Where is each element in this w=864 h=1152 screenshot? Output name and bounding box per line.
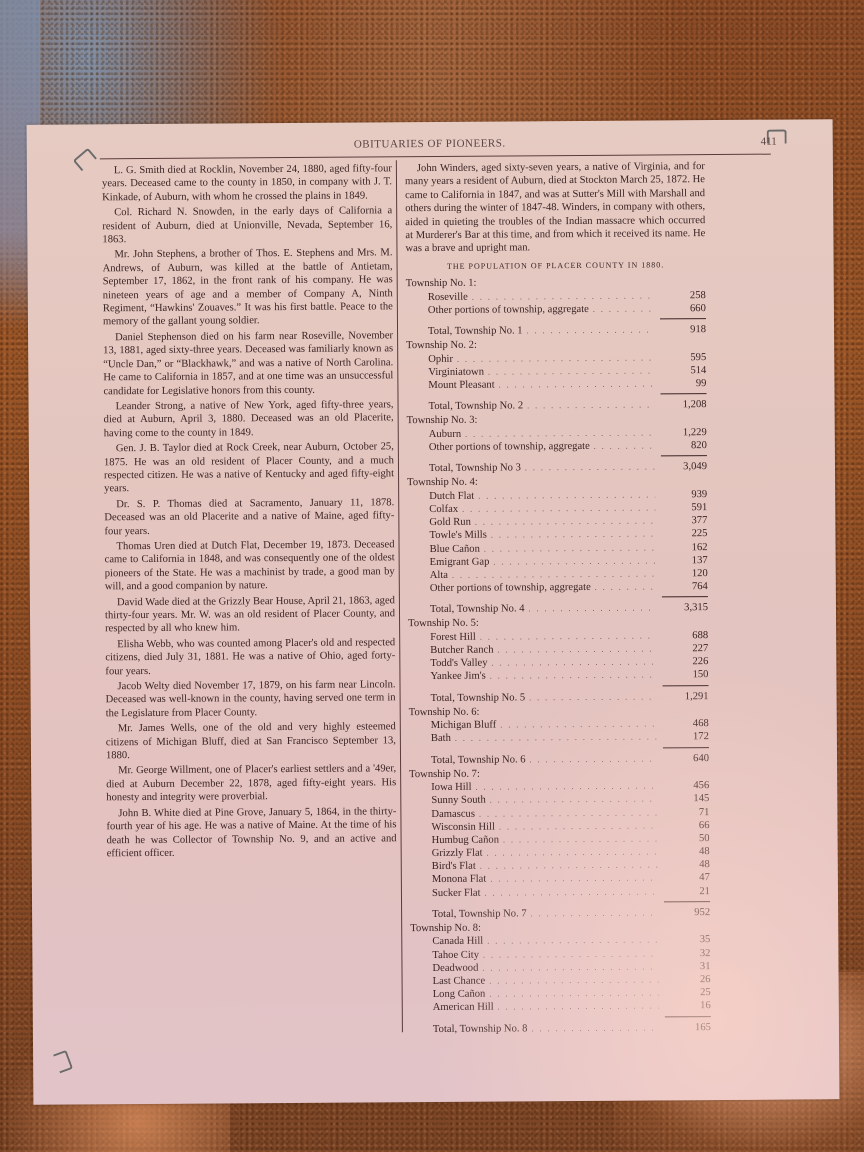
place-name: Auburn <box>429 428 461 442</box>
place-name: Last Chance <box>433 975 486 989</box>
population-row: Other portions of township, aggregate. .… <box>407 439 707 454</box>
obituary-paragraph: Daniel Stephenson died on his farm near … <box>103 329 393 398</box>
population-value: 48 <box>662 858 710 872</box>
population-value: 660 <box>658 302 706 316</box>
population-value: 172 <box>661 730 709 744</box>
population-value: 764 <box>660 580 708 594</box>
population-value: 1,291 <box>661 690 709 704</box>
place-name: Grizzly Flat <box>432 847 483 861</box>
population-value: 150 <box>660 668 708 682</box>
population-value: 1,229 <box>659 426 707 440</box>
obituary-paragraph: Mr. George Willment, one of Placer's ear… <box>106 763 396 805</box>
leader-dots: . . . . . . . . . . . . . . . . . . . . … <box>529 690 657 704</box>
population-value: 227 <box>660 642 708 656</box>
leader-dots: . . . . . . . . . . . . . . . . . . . . … <box>593 302 654 316</box>
place-name: Virginiatown <box>428 365 484 379</box>
obituary-paragraph: David Wade died at the Grizzly Bear Hous… <box>105 594 395 636</box>
population-value: 456 <box>661 779 709 793</box>
leader-dots: . . . . . . . . . . . . . . . . . . . . … <box>503 832 658 846</box>
place-name: Towle's Mills <box>429 529 486 543</box>
leader-dots: . . . . . . . . . . . . . . . . . . . . … <box>497 642 656 657</box>
township-total-row: Total, Township No. 4. . . . . . . . . .… <box>408 601 708 616</box>
place-name: Total, Township No. 4 <box>430 603 525 617</box>
leader-dots: . . . . . . . . . . . . . . . . . . . . … <box>594 439 655 453</box>
obituary-paragraph: L. G. Smith died at Rocklin, November 24… <box>102 162 392 204</box>
population-value: 952 <box>662 906 710 920</box>
population-value: 258 <box>658 289 706 303</box>
population-value: 595 <box>658 351 706 365</box>
township-total-row: Total, Township No. 2. . . . . . . . . .… <box>407 398 707 413</box>
population-value: 21 <box>662 885 710 899</box>
township-total-row: Total, Township No 3. . . . . . . . . . … <box>407 460 707 475</box>
population-value: 26 <box>663 973 711 987</box>
population-value: 226 <box>660 655 708 669</box>
obituary-paragraph: Jacob Welty died November 17, 1879, on h… <box>105 678 395 720</box>
population-value: 50 <box>662 832 710 846</box>
population-value: 468 <box>661 717 709 731</box>
obituary-paragraph: Elisha Webb, who was counted among Place… <box>105 636 395 678</box>
page-number: 411 <box>761 136 777 148</box>
sum-rule <box>665 1016 711 1017</box>
staple-icon <box>53 1050 73 1074</box>
place-name: Total, Township No 3 <box>429 462 521 476</box>
population-value: 162 <box>660 541 708 555</box>
population-value: 688 <box>660 629 708 643</box>
place-name: Other portions of township, aggregate <box>429 440 590 455</box>
leader-dots: . . . . . . . . . . . . . . . . . . . . … <box>490 669 657 684</box>
obituary-paragraph: John B. White died at Pine Grove, Januar… <box>106 805 396 861</box>
place-name: Forest Hill <box>430 631 476 645</box>
population-value: 47 <box>662 872 710 886</box>
place-name: Wisconsin Hill <box>431 820 495 834</box>
obituary-paragraph: Col. Richard N. Snowden, in the early da… <box>102 204 392 246</box>
leader-dots: . . . . . . . . . . . . . . . . . . . . … <box>531 1021 659 1035</box>
place-name: Canada Hill <box>432 935 483 949</box>
place-name: Total, Township No. 7 <box>432 907 527 921</box>
header-rule <box>100 154 771 160</box>
population-value: 820 <box>659 439 707 453</box>
sum-rule <box>662 596 708 597</box>
township-total-row: Total, Township No. 5. . . . . . . . . .… <box>409 690 709 705</box>
township-total-row: Total, Township No. 8. . . . . . . . . .… <box>411 1021 711 1036</box>
place-name: American Hill <box>433 1001 494 1015</box>
population-value: 377 <box>659 514 707 528</box>
place-name: Bath <box>431 732 451 746</box>
place-name: Total, Township No. 5 <box>431 691 526 705</box>
place-name: Sunny South <box>431 794 486 808</box>
document-page: OBITUARIES OF PIONEERS. 411 L. G. Smith … <box>27 119 840 1105</box>
population-row: Other portions of township, aggregate. .… <box>406 302 706 317</box>
place-name: Total, Township No. 6 <box>431 753 526 767</box>
obituary-paragraph: Thomas Uren died at Dutch Flat, December… <box>104 538 394 594</box>
place-name: Iowa Hill <box>431 781 471 795</box>
place-name: Colfax <box>429 503 458 517</box>
leader-dots: . . . . . . . . . . . . . . . . . . . . … <box>499 377 655 391</box>
sum-rule <box>663 747 709 748</box>
place-name: Total, Township No. 8 <box>433 1022 528 1036</box>
population-row: Bath. . . . . . . . . . . . . . . . . . … <box>409 730 709 745</box>
population-value: 1,208 <box>659 398 707 412</box>
population-row: Sucker Flat. . . . . . . . . . . . . . .… <box>410 885 710 900</box>
leader-dots: . . . . . . . . . . . . . . . . . . . . … <box>527 323 655 337</box>
place-name: Michigan Bluff <box>431 719 497 733</box>
population-value: 3,049 <box>659 460 707 474</box>
place-name: Yankee Jim's <box>430 670 485 684</box>
place-name: Humbug Cañon <box>432 833 499 847</box>
township-total-row: Total, Township No. 1. . . . . . . . . .… <box>406 323 706 338</box>
place-name: Damascus <box>431 807 475 821</box>
place-name: Other portions of township, aggregate <box>428 303 589 318</box>
population-value: 165 <box>663 1021 711 1035</box>
sum-rule <box>660 393 706 394</box>
obituary-paragraph: Gen. J. B. Taylor died at Rock Creek, ne… <box>104 440 394 496</box>
place-name: Total, Township No. 2 <box>429 400 524 414</box>
population-value: 71 <box>661 806 709 820</box>
place-name: Other portions of township, aggregate <box>430 581 591 596</box>
population-value: 66 <box>661 819 709 833</box>
place-name: Sucker Flat <box>432 886 481 900</box>
leader-dots: . . . . . . . . . . . . . . . . . . . . … <box>595 581 656 595</box>
population-value: 145 <box>661 792 709 806</box>
township-total-row: Total, Township No. 7. . . . . . . . . .… <box>410 906 710 921</box>
leader-dots: . . . . . . . . . . . . . . . . . . . . … <box>484 885 658 900</box>
population-value: 16 <box>663 999 711 1013</box>
column-divider <box>396 160 403 1032</box>
place-name: Long Cañon <box>433 988 486 1002</box>
running-head: OBITUARIES OF PIONEERS. <box>27 135 833 153</box>
leader-dots: . . . . . . . . . . . . . . . . . . . . … <box>531 906 659 920</box>
population-row: American Hill. . . . . . . . . . . . . .… <box>411 999 711 1014</box>
place-name: Emigrant Gap <box>430 555 490 569</box>
place-name: Mount Pleasant <box>428 379 494 393</box>
sum-rule <box>661 455 707 456</box>
population-value: 640 <box>661 752 709 766</box>
population-value: 25 <box>663 986 711 1000</box>
population-table: Township No. 1:Roseville. . . . . . . . … <box>406 275 711 1036</box>
population-value: 3,315 <box>660 601 708 615</box>
obituary-paragraph: John Winders, aged sixty-seven years, a … <box>405 160 706 256</box>
population-value: 48 <box>662 845 710 859</box>
leader-dots: . . . . . . . . . . . . . . . . . . . . … <box>527 399 655 413</box>
sum-rule <box>660 318 706 319</box>
place-name: Butcher Ranch <box>430 644 493 658</box>
population-value: 31 <box>662 960 710 974</box>
leader-dots: . . . . . . . . . . . . . . . . . . . . … <box>498 1000 659 1015</box>
population-value: 918 <box>658 323 706 337</box>
sum-rule <box>664 901 710 902</box>
leader-dots: . . . . . . . . . . . . . . . . . . . . … <box>530 752 658 766</box>
place-name: Blue Cañon <box>430 542 480 556</box>
population-value: 120 <box>660 567 708 581</box>
population-row: Yankee Jim's. . . . . . . . . . . . . . … <box>408 668 708 683</box>
place-name: Bird's Flat <box>432 860 476 874</box>
population-value: 514 <box>658 364 706 378</box>
place-name: Todd's Valley <box>430 657 487 671</box>
place-name: Gold Run <box>429 516 471 530</box>
place-name: Deadwood <box>432 962 478 976</box>
place-name: Roseville <box>428 290 468 304</box>
obituary-paragraph: Mr. James Wells, one of the old and very… <box>106 721 396 763</box>
place-name: Dutch Flat <box>429 489 474 503</box>
place-name: Alta <box>430 569 448 583</box>
place-name: Monona Flat <box>432 873 487 887</box>
leader-dots: . . . . . . . . . . . . . . . . . . . . … <box>500 718 657 732</box>
obituary-paragraph: Leander Strong, a native of New York, ag… <box>104 398 394 440</box>
population-value: 591 <box>659 501 707 515</box>
obituaries-left-column: L. G. Smith died at Rocklin, November 24… <box>102 162 397 862</box>
population-value: 939 <box>659 488 707 502</box>
population-value: 137 <box>660 554 708 568</box>
population-value: 35 <box>662 934 710 948</box>
obituary-paragraph: Mr. John Stephens, a brother of Thos. E.… <box>102 247 393 329</box>
population-row: Other portions of township, aggregate. .… <box>408 580 708 595</box>
leader-dots: . . . . . . . . . . . . . . . . . . . . … <box>455 731 657 746</box>
population-value: 32 <box>662 947 710 961</box>
population-value: 225 <box>659 527 707 541</box>
township-total-row: Total, Township No. 6. . . . . . . . . .… <box>409 752 709 767</box>
leader-dots: . . . . . . . . . . . . . . . . . . . . … <box>499 819 658 834</box>
leader-dots: . . . . . . . . . . . . . . . . . . . . … <box>525 461 655 475</box>
place-name: Ophir <box>428 352 453 366</box>
population-row: Mount Pleasant. . . . . . . . . . . . . … <box>406 377 706 392</box>
place-name: Tahoe City <box>432 948 479 962</box>
obituary-paragraph: Dr. S. P. Thomas died at Sacramento, Jan… <box>104 496 394 538</box>
place-name: Total, Township No. 1 <box>428 324 523 338</box>
sum-rule <box>663 685 709 686</box>
leader-dots: . . . . . . . . . . . . . . . . . . . . … <box>528 602 656 616</box>
right-column: John Winders, aged sixty-seven years, a … <box>405 160 711 1037</box>
population-value: 99 <box>658 377 706 391</box>
population-table-title: THE POPULATION OF PLACER COUNTY IN 1880. <box>406 258 706 274</box>
